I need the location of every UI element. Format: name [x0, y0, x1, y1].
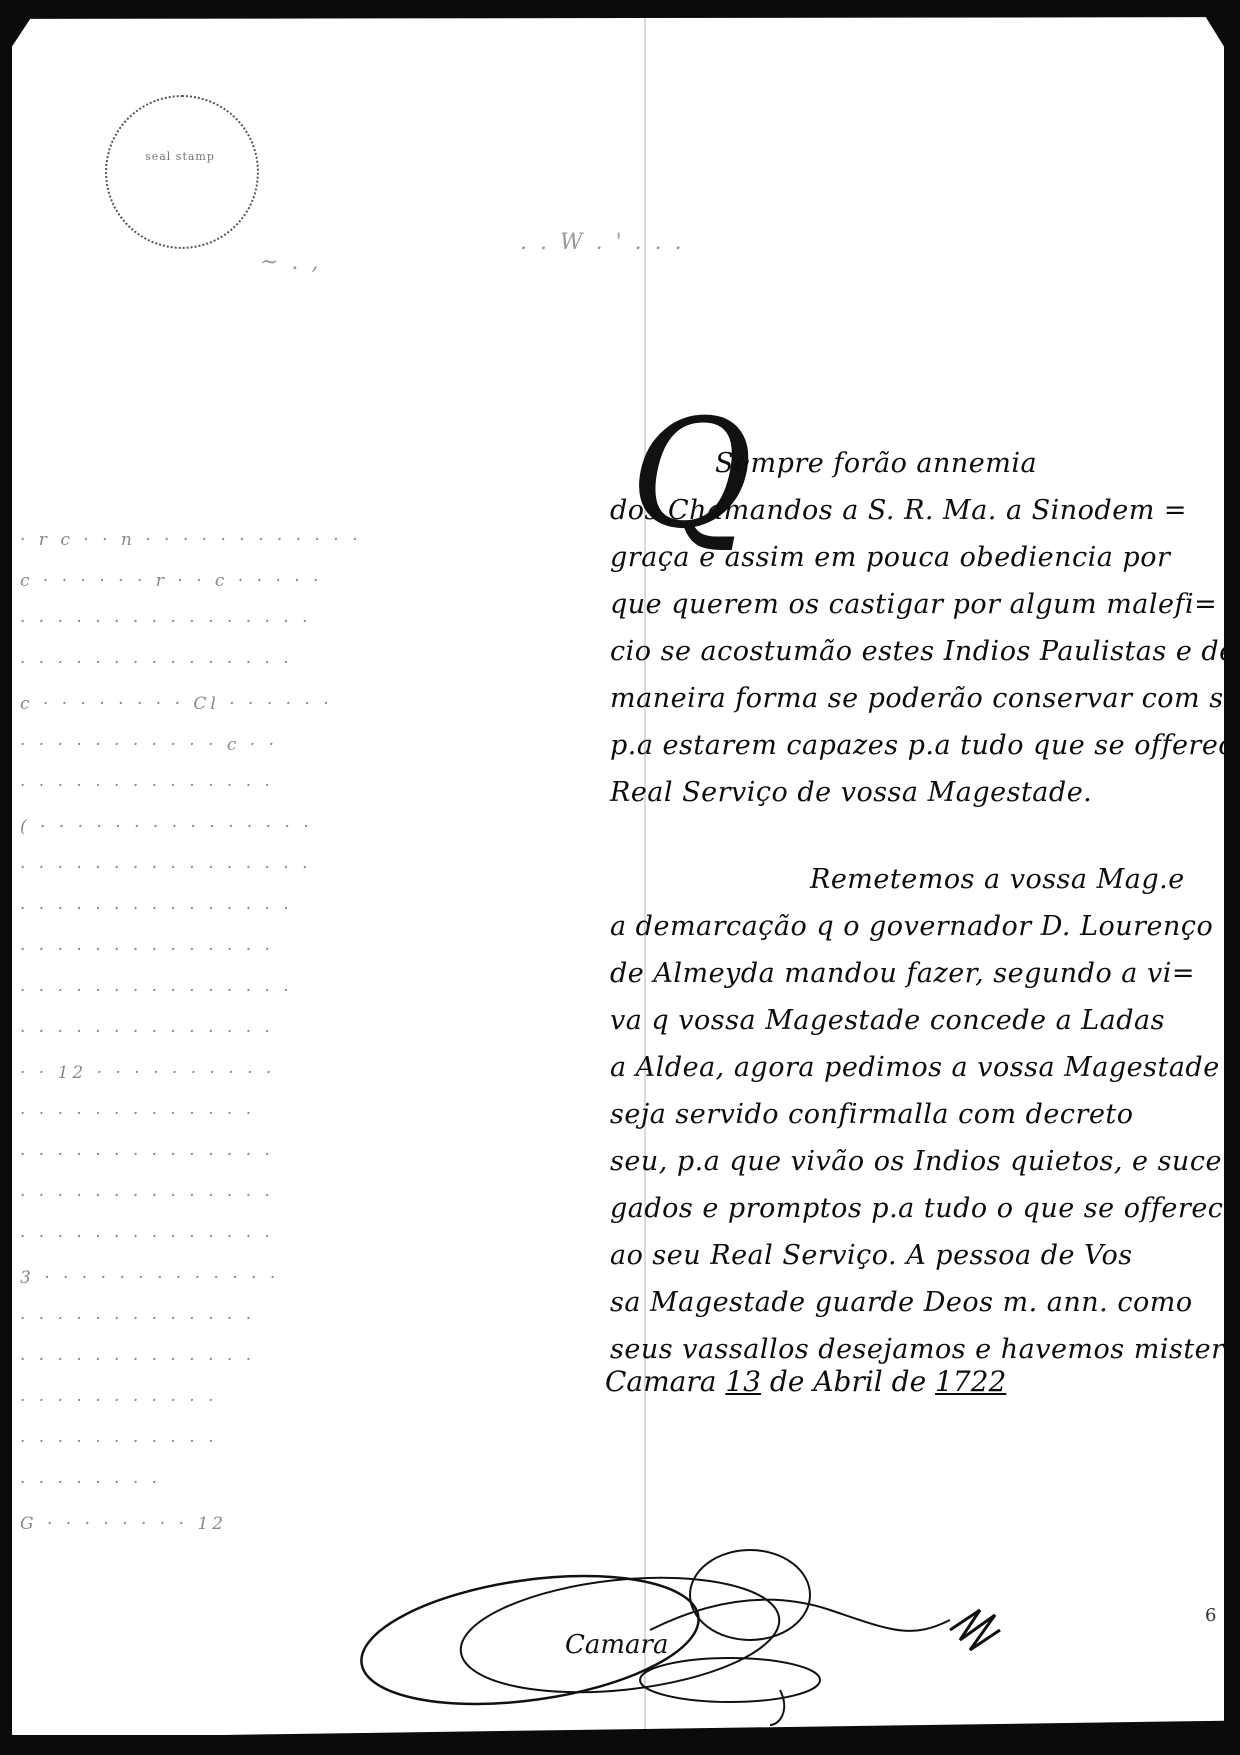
text-line: Sempre forão annemia: [610, 440, 1215, 487]
text-line: ao seu Real Serviço. A pessoa de Vos: [610, 1232, 1215, 1279]
margin-line: · · · · · · · ·: [20, 1463, 600, 1504]
margin-line: · · · · · · · · · · · · · ·: [20, 1135, 600, 1176]
margin-line: · · · · · · · · · · · · · ·: [20, 1176, 600, 1217]
margin-line: · · · · · · · · · · · · ·: [20, 1094, 600, 1135]
text-line: graça e assim em pouca obediencia por: [610, 534, 1215, 581]
text-line: seu, p.a que vivão os Indios quietos, e …: [610, 1138, 1215, 1185]
text-line: Real Serviço de vossa Magestade.: [610, 769, 1215, 816]
margin-line: 3 · · · · · · · · · · · · ·: [20, 1258, 600, 1299]
scan-border: [0, 1735, 1240, 1755]
header-mark: . . W . ' . . .: [520, 230, 685, 255]
text-line: maneira forma se poderão conservar com s…: [610, 675, 1215, 722]
seal-stamp: [105, 95, 259, 249]
letter-body: Sempre forão annemia dos Chamandos a S. …: [610, 440, 1215, 1373]
margin-notes: · r c · · n · · · · · · · · · · · · c · …: [20, 520, 600, 1545]
margin-line: · · · · · · · · · · · · · ·: [20, 1217, 600, 1258]
date-year: 1722: [935, 1365, 1006, 1398]
margin-line: · · · · · · · · · · · · · · · ·: [20, 602, 600, 643]
margin-line: · · · · · · · · · · · · · ·: [20, 930, 600, 971]
date-line: Camara 13 de Abril de 1722: [605, 1365, 1006, 1398]
text-line: Remetemos a vossa Mag.e: [610, 856, 1215, 903]
margin-line: · · · · · · · · · · ·: [20, 1381, 600, 1422]
margin-line: · · 12 · · · · · · · · · ·: [20, 1053, 600, 1094]
seal-label: seal stamp: [118, 150, 242, 163]
text-line: cio se acostumão estes Indios Paulistas …: [610, 628, 1215, 675]
text-line: seja servido confirmalla com decreto: [610, 1091, 1215, 1138]
text-line: p.a estarem capazes p.a tudo que se offe…: [610, 722, 1215, 769]
signature-flourish: [350, 1540, 1070, 1730]
margin-line: c · · · · · · r · · c · · · · ·: [20, 561, 600, 602]
date-day: 13: [725, 1365, 761, 1398]
margin-line: · · · · · · · · · · · · · · ·: [20, 889, 600, 930]
margin-line: · r c · · n · · · · · · · · · · · ·: [20, 520, 600, 561]
margin-line: G · · · · · · · · 12: [20, 1504, 600, 1545]
margin-line: · · · · · · · · · · · · · · ·: [20, 971, 600, 1012]
margin-line: · · · · · · · · · · · · ·: [20, 1299, 600, 1340]
margin-line: · · · · · · · · · · · · · ·: [20, 1012, 600, 1053]
date-middle: de Abril de: [770, 1365, 926, 1398]
text-line: va q vossa Magestade concede a Ladas: [610, 997, 1215, 1044]
margin-line: · · · · · · · · · · · · ·: [20, 1340, 600, 1381]
date-prefix: Camara: [605, 1365, 716, 1398]
margin-line: · · · · · · · · · · · · · · ·: [20, 643, 600, 684]
text-line: de Almeyda mandou fazer, segundo a vi=: [610, 950, 1215, 997]
text-line: dos Chamandos a S. R. Ma. a Sinodem =: [610, 487, 1215, 534]
margin-line: · · · · · · · · · · · · · · · ·: [20, 848, 600, 889]
header-mark: ~ . ,: [260, 250, 321, 275]
text-line: a demarcação q o governador D. Lourenço: [610, 903, 1215, 950]
text-line: gados e promptos p.a tudo o que se offer…: [610, 1185, 1215, 1232]
margin-line: ( · · · · · · · · · · · · · · ·: [20, 807, 600, 848]
page-number: 6: [1205, 1605, 1216, 1626]
margin-line: · · · · · · · · · · · · · ·: [20, 766, 600, 807]
margin-line: c · · · · · · · · Cl · · · · · ·: [20, 684, 600, 725]
margin-line: · · · · · · · · · · ·: [20, 1422, 600, 1463]
text-line: que querem os castigar por algum malefi=: [610, 581, 1215, 628]
text-line: a Aldea, agora pedimos a vossa Magestade: [610, 1044, 1215, 1091]
margin-line: · · · · · · · · · · · c · ·: [20, 725, 600, 766]
text-line: sa Magestade guarde Deos m. ann. como: [610, 1279, 1215, 1326]
signature-name: Camara: [565, 1630, 668, 1660]
